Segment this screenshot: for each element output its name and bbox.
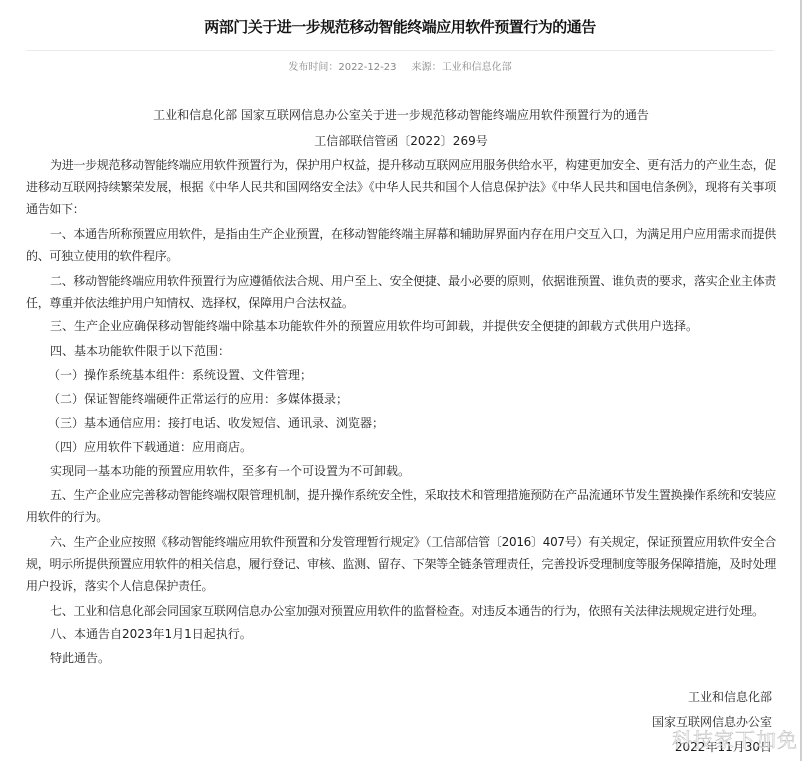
notice-header-line: 工业和信息化部 国家互联网信息办公室关于进一步规范移动智能终端应用软件预置行为的… (26, 102, 776, 128)
section-seven: 七、工业和信息化部会同国家互联网信息办公室加强对预置应用软件的监督检查。对违反本… (26, 600, 776, 622)
closing-line: 特此通告。 (26, 646, 776, 671)
section-six: 六、生产企业应按照《移动智能终端应用软件预置和分发管理暂行规定》（工信部信管〔2… (26, 531, 776, 597)
article-body: 工业和信息化部 国家互联网信息办公室关于进一步规范移动智能终端应用软件预置行为的… (26, 102, 776, 671)
title-divider (26, 50, 774, 51)
article-meta: 发布时间：2022-12-23 来源：工业和信息化部 (0, 58, 800, 73)
section-one: 一、本通告所称预置应用软件，是指由生产企业预置，在移动智能终端主屏幕和辅助屏界面… (26, 223, 776, 267)
signature-org-cac: 国家互联网信息办公室 (652, 710, 772, 735)
signature-org-miit: 工业和信息化部 (652, 685, 772, 710)
section-four-item-2: （二）保证智能终端硬件正常运行的应用：多媒体摄录； (26, 387, 776, 411)
intro-paragraph: 为进一步规范移动智能终端应用软件预置行为，保护用户权益，提升移动互联网应用服务供… (26, 154, 776, 220)
section-four-item-1: （一）操作系统基本组件：系统设置、文件管理； (26, 363, 776, 387)
section-five: 五、生产企业应完善移动智能终端权限管理机制，提升操作系统安全性，采取技术和管理措… (26, 484, 776, 528)
signature-date: 2022年11月30日 (652, 735, 772, 760)
section-four-note: 实现同一基本功能的预置应用软件，至多有一个可设置为不可卸载。 (26, 459, 776, 484)
section-four-item-3: （三）基本通信应用：接打电话、收发短信、通讯录、浏览器； (26, 411, 776, 435)
section-two: 二、移动智能终端应用软件预置行为应遵循依法合规、用户至上、安全便捷、最小必要的原… (26, 270, 776, 314)
section-four-heading: 四、基本功能软件限于以下范围： (26, 339, 776, 364)
publish-time: 发布时间：2022-12-23 (288, 62, 396, 73)
section-eight: 八、本通告自2023年1月1日起执行。 (26, 622, 776, 647)
article-title: 两部门关于进一步规范移动智能终端应用软件预置行为的通告 (0, 16, 800, 37)
signature-block: 工业和信息化部 国家互联网信息办公室 2022年11月30日 (652, 685, 772, 760)
section-three: 三、生产企业应确保移动智能终端中除基本功能软件外的预置应用软件均可卸载，并提供安… (26, 314, 776, 339)
section-four-item-4: （四）应用软件下载通道：应用商店。 (26, 435, 776, 459)
source: 来源：工业和信息化部 (412, 62, 512, 73)
document-number: 工信部联信管函〔2022〕269号 (26, 128, 776, 154)
